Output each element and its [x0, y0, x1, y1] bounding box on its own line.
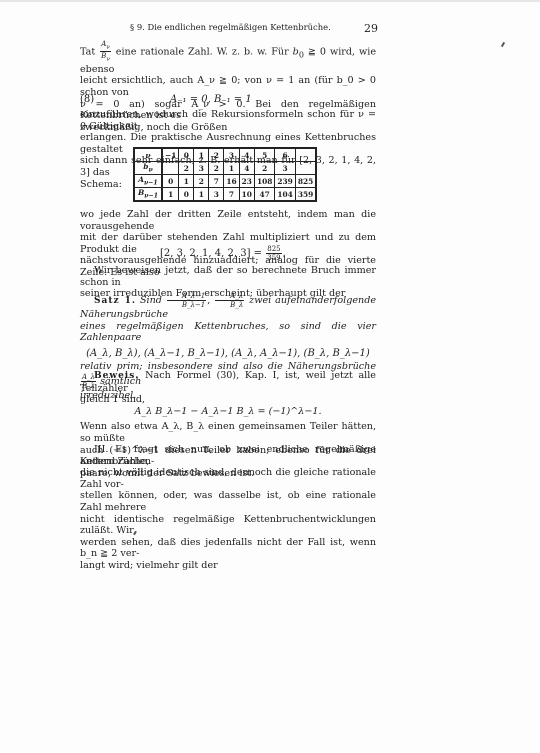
- proof-formula: A_λ B_λ−1 − A_λ−1 B_λ = (−1)^λ−1.: [80, 406, 376, 418]
- table-cell: 2: [179, 162, 194, 175]
- schema-table: ν−10123456bν2321423Aν−101271623108239825…: [133, 147, 317, 202]
- text-line: Satz 1. Sind A_λ−1B_λ−1, A_λB_λ zwei auf…: [80, 292, 376, 321]
- text-line: eines regelmäßigen Kettenbruches, so sin…: [80, 321, 376, 344]
- table-cell: 2: [194, 175, 209, 188]
- table-cell: 1: [194, 148, 209, 162]
- table-cell: 2: [254, 162, 274, 175]
- table-cell: 104: [275, 188, 295, 202]
- proof-label: Beweis.: [94, 371, 139, 381]
- row-label: Aν−1: [134, 175, 162, 188]
- row-label: Bν−1: [134, 188, 162, 202]
- running-header: § 9. Die endlichen regelmäßigen Kettenbr…: [130, 22, 378, 35]
- text-line: Wenn also etwa A_λ, B_λ einen gemeinsame…: [80, 421, 376, 444]
- text-line: gleich 1 sind,: [80, 394, 376, 406]
- text-line: werden sehen, daß dies jedenfalls nicht …: [80, 537, 376, 560]
- table-cell: 825: [295, 175, 316, 188]
- result-numerator: 825: [266, 245, 281, 254]
- table-cell: 1: [194, 188, 209, 202]
- table-cell: 5: [254, 148, 274, 162]
- section-title: § 9. Die endlichen regelmäßigen Kettenbr…: [130, 22, 331, 35]
- table-row: ν−10123456: [134, 148, 316, 162]
- table-cell: 239: [275, 175, 295, 188]
- text-line: die nicht völlig identisch sind, dennoch…: [80, 467, 376, 490]
- scanned-page: § 9. Die endlichen regelmäßigen Kettenbr…: [0, 0, 540, 753]
- table-cell: 7: [209, 175, 224, 188]
- table-row: Bν−1101371047104359: [134, 188, 316, 202]
- table-cell: [295, 162, 316, 175]
- text-line: langt wird; vielmehr gilt der: [80, 560, 376, 572]
- text-line: Beweis. Nach Formel (30), Kap. I, ist, w…: [80, 370, 376, 394]
- table-cell: 1: [224, 162, 239, 175]
- table-cell: 108: [254, 175, 274, 188]
- text-line: Wir beweisen jetzt, daß der so berechnet…: [80, 265, 376, 288]
- text-line: wo jede Zahl der dritten Zeile entsteht,…: [80, 209, 376, 232]
- page-edge: [0, 0, 540, 2]
- scan-artifact: [501, 42, 505, 47]
- table-cell: 6: [275, 148, 295, 162]
- table-cell: 7: [224, 188, 239, 202]
- table-cell: 23: [239, 175, 254, 188]
- text-line: Tat AνBν eine rationale Zahl. W. z. b. w…: [80, 40, 376, 75]
- table-cell: 1: [179, 175, 194, 188]
- table-cell: 10: [239, 188, 254, 202]
- page-number: 29: [364, 22, 378, 35]
- table-cell: 2: [209, 162, 224, 175]
- equation-8-label: (8): [80, 94, 94, 105]
- result-denominator: 359: [266, 254, 281, 262]
- equation-8: A₋₁ = 0, B₋₁ = 1: [170, 94, 252, 105]
- row-label: ν: [134, 148, 162, 162]
- table-row: Aν−101271623108239825: [134, 175, 316, 188]
- number-pairs: (A_λ, B_λ), (A_λ−1, B_λ−1), (A_λ, A_λ−1)…: [80, 348, 376, 360]
- section-III: III. Es fragt sich nun, ob zwei endliche…: [80, 444, 376, 572]
- text-line: stellen können, oder, was dasselbe ist, …: [80, 490, 376, 513]
- row-label: bν: [134, 162, 162, 175]
- table-cell: 1: [162, 188, 179, 202]
- table-cell: −1: [162, 148, 179, 162]
- table-cell: 359: [295, 188, 316, 202]
- table-cell: 3: [224, 148, 239, 162]
- text-line: III. Es fragt sich nun, ob zwei endliche…: [80, 444, 376, 467]
- table-cell: 2: [209, 148, 224, 162]
- table-cell: [295, 148, 316, 162]
- theorem-label: Satz 1.: [94, 296, 136, 306]
- text-line: nicht identische regelmäßige Kettenbruch…: [80, 514, 376, 537]
- table-cell: 4: [239, 162, 254, 175]
- table-row: bν2321423: [134, 162, 316, 175]
- table-cell: 0: [179, 188, 194, 202]
- result-equation: [2, 3, 2, 1, 4, 2, 3] = 825359.: [160, 245, 286, 262]
- table-cell: 3: [275, 162, 295, 175]
- table-cell: 47: [254, 188, 274, 202]
- table-cell: 3: [209, 188, 224, 202]
- table-cell: 4: [239, 148, 254, 162]
- table-cell: 0: [162, 175, 179, 188]
- table-cell: [162, 162, 179, 175]
- result-lhs: [2, 3, 2, 1, 4, 2, 3] =: [160, 248, 262, 259]
- table-cell: 0: [179, 148, 194, 162]
- table-cell: 16: [224, 175, 239, 188]
- table-cell: 3: [194, 162, 209, 175]
- text-line: einzuführen, wodurch die Rekursionsforme…: [80, 109, 376, 132]
